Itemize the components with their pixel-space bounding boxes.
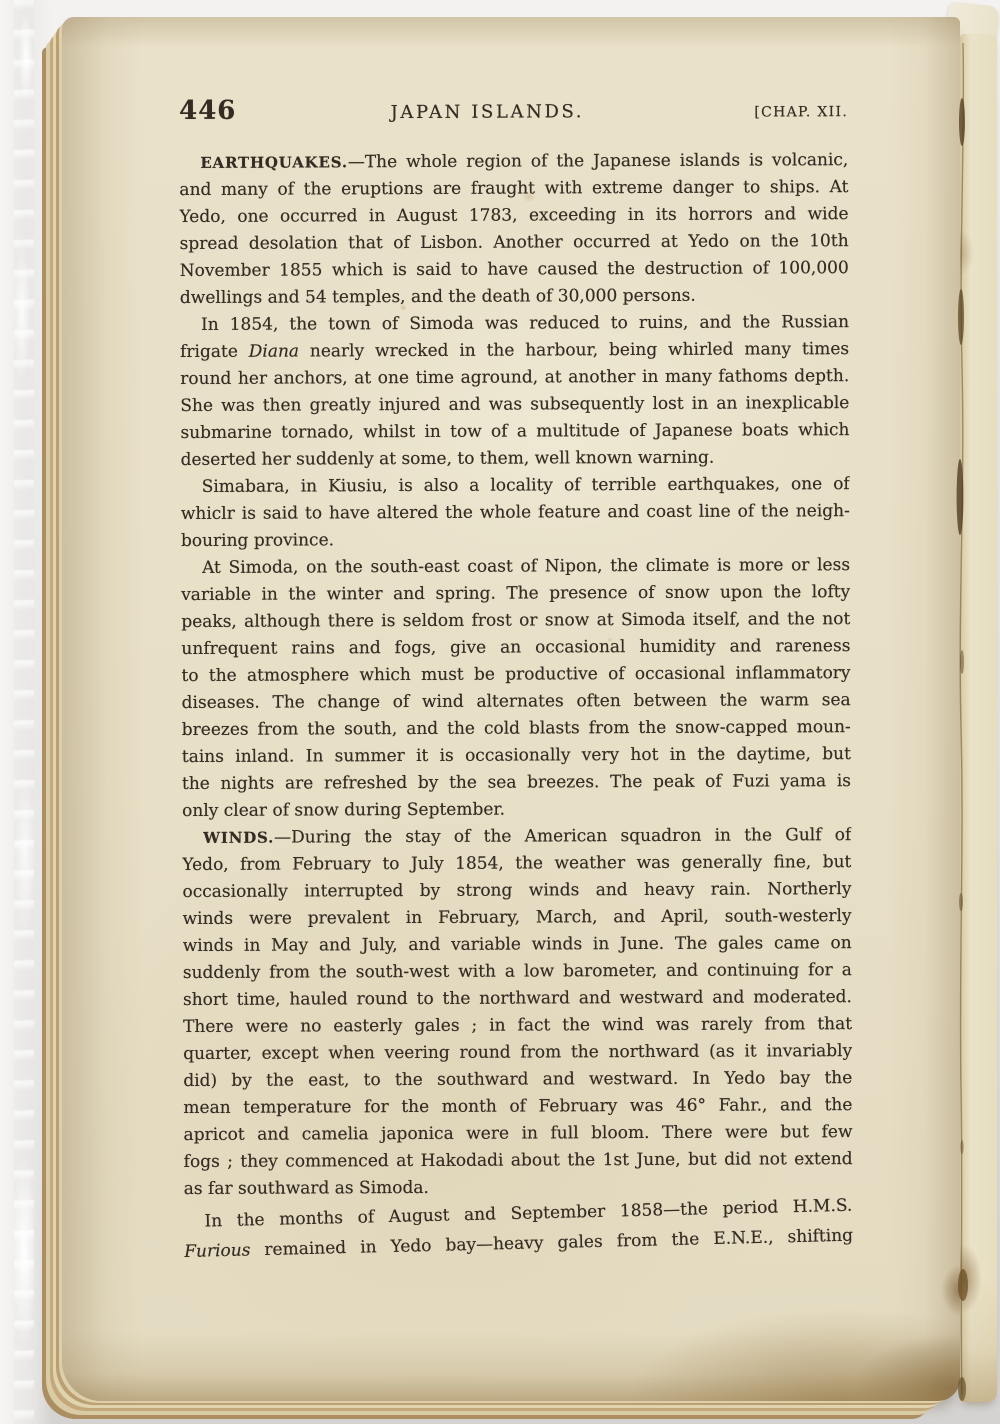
text-line: to the atmosphere which must be producti… xyxy=(181,660,850,690)
text-line: occasionally interrupted by strong winds… xyxy=(182,876,851,906)
text-segment: At Simoda, on the south-east coast of Ni… xyxy=(202,555,850,578)
page-tear-crack xyxy=(942,17,982,1407)
paragraph-winds: WINDS.—During the stay of the American s… xyxy=(182,822,853,1203)
text-segment: She was then greatly injured and was sub… xyxy=(180,393,849,416)
text-line: November 1855 which is said to have caus… xyxy=(180,255,849,285)
text-line: bouring province. xyxy=(181,525,850,555)
page-number: 446 xyxy=(179,96,236,126)
text-line: whiclr is said to have altered the whole… xyxy=(181,498,850,528)
text-segment: Simabara, in Kiusiu, is also a locality … xyxy=(202,474,850,497)
text-segment: variable in the winter and spring. The p… xyxy=(181,582,850,605)
text-line: winds were prevalent in February, March,… xyxy=(183,903,852,933)
text-line: spread desolation that of Lisbon. Anothe… xyxy=(180,228,849,258)
text-segment: the nights are refreshed by the sea bree… xyxy=(182,771,851,794)
text-segment: as far southward as Simoda. xyxy=(184,1178,429,1199)
text-segment: November 1855 which is said to have caus… xyxy=(180,258,849,281)
text-segment: short time, hauled round to the northwar… xyxy=(183,987,852,1010)
text-segment: round her anchors, at one time aground, … xyxy=(180,366,849,389)
text-line: suddenly from the south-west with a low … xyxy=(183,957,852,987)
text-segment: spread desolation that of Lisbon. Anothe… xyxy=(180,231,849,254)
text-line: deserted her suddenly at some, to them, … xyxy=(181,444,850,474)
paragraph-simabara: Simabara, in Kiusiu, is also a locality … xyxy=(181,471,850,555)
chapter-ref: [CHAP. XII. xyxy=(754,97,848,127)
text-segment: —During the stay of the American squadro… xyxy=(274,825,851,848)
text-segment: winds in May and July, and variable wind… xyxy=(183,933,852,956)
text-segment: —The whole region of the Japanese island… xyxy=(348,150,849,172)
paragraph-climate: At Simoda, on the south-east coast of Ni… xyxy=(181,552,851,825)
text-line: WINDS.—During the stay of the American s… xyxy=(182,822,851,852)
text-segment: Diana xyxy=(249,341,299,361)
text-line: dwellings and 54 temples, and the death … xyxy=(180,282,849,312)
text-line: mean temperature for the month of Februa… xyxy=(183,1092,852,1122)
text-line: unfrequent rains and fogs, give an occas… xyxy=(181,633,850,663)
text-line: short time, hauled round to the northwar… xyxy=(183,984,852,1014)
text-segment: apricot and camelia japonica were in ful… xyxy=(183,1122,852,1145)
text-segment: occasionally interrupted by strong winds… xyxy=(182,879,851,902)
text-line: breezes from the south, and the cold bla… xyxy=(182,714,851,744)
sleeve-glint-highlight xyxy=(14,0,34,1424)
text-line: only clear of snow during September. xyxy=(182,795,851,825)
text-segment: deserted her suddenly at some, to them, … xyxy=(181,448,715,470)
text-line: She was then greatly injured and was sub… xyxy=(180,390,849,420)
text-segment: to the atmosphere which must be producti… xyxy=(181,663,850,686)
running-header: 446 JAPAN ISLANDS. [CHAP. XII. xyxy=(179,93,848,126)
text-line: did) by the east, to the southward and w… xyxy=(183,1065,852,1095)
text-segment: bouring province. xyxy=(181,530,334,551)
text-segment: breezes from the south, and the cold bla… xyxy=(182,717,851,740)
text-line: frigate Diana nearly wrecked in the harb… xyxy=(180,336,849,366)
text-line: and many of the eruptions are fraught wi… xyxy=(179,174,848,204)
text-body: EARTHQUAKES.—The whole region of the Jap… xyxy=(179,147,853,1267)
book-page: 446 JAPAN ISLANDS. [CHAP. XII. EARTHQUAK… xyxy=(62,17,960,1401)
text-segment: Furious xyxy=(184,1240,251,1262)
text-segment: nearly wrecked in the harbour, being whi… xyxy=(299,339,849,361)
text-line: diseases. The change of wind alternates … xyxy=(182,687,851,717)
text-segment: Yedo, one occurred in August 1783, excee… xyxy=(179,204,848,227)
text-segment: peaks, although there is seldom frost or… xyxy=(181,609,850,632)
text-segment: tains inland. In summer it is occasional… xyxy=(182,744,851,767)
text-segment: dwellings and 54 temples, and the death … xyxy=(180,286,696,308)
printed-text: 446 JAPAN ISLANDS. [CHAP. XII. EARTHQUAK… xyxy=(179,93,853,1267)
text-line: Yedo, from February to July 1854, the we… xyxy=(182,849,851,879)
text-line: quarter, except when veering round from … xyxy=(183,1038,852,1068)
text-line: At Simoda, on the south-east coast of Ni… xyxy=(181,552,850,582)
section-heading: EARTHQUAKES. xyxy=(200,153,348,172)
text-segment: whiclr is said to have altered the whole… xyxy=(181,501,850,524)
text-segment: fogs ; they commenced at Hakodadi about … xyxy=(184,1149,853,1172)
text-line: EARTHQUAKES.—The whole region of the Jap… xyxy=(179,147,848,177)
text-segment: winds were prevalent in February, March,… xyxy=(183,906,852,929)
section-heading: WINDS. xyxy=(203,829,274,847)
text-line: peaks, although there is seldom frost or… xyxy=(181,606,850,636)
text-line: Simabara, in Kiusiu, is also a locality … xyxy=(181,471,850,501)
text-segment: submarine tornado, whilst in tow of a mu… xyxy=(180,420,849,443)
text-line: round her anchors, at one time aground, … xyxy=(180,363,849,393)
text-segment: quarter, except when veering round from … xyxy=(183,1041,852,1064)
paragraph-earthquakes: EARTHQUAKES.—The whole region of the Jap… xyxy=(179,147,849,312)
paragraph-simoda-1854: In 1854, the town of Simoda was reduced … xyxy=(180,309,850,474)
text-segment: only clear of snow during September. xyxy=(182,800,505,821)
text-line: tains inland. In summer it is occasional… xyxy=(182,741,851,771)
text-line: Yedo, one occurred in August 1783, excee… xyxy=(179,201,848,231)
text-line: submarine tornado, whilst in tow of a mu… xyxy=(180,417,849,447)
text-line: the nights are refreshed by the sea bree… xyxy=(182,768,851,798)
text-segment: and many of the eruptions are fraught wi… xyxy=(179,177,848,200)
text-segment: In 1854, the town of Simoda was reduced … xyxy=(201,312,849,335)
text-segment: suddenly from the south-west with a low … xyxy=(183,960,852,983)
text-segment: mean temperature for the month of Februa… xyxy=(183,1095,852,1118)
text-line: apricot and camelia japonica were in ful… xyxy=(183,1119,852,1149)
text-segment: Yedo, from February to July 1854, the we… xyxy=(182,852,851,875)
text-segment: frigate xyxy=(180,342,249,362)
text-line: variable in the winter and spring. The p… xyxy=(181,579,850,609)
text-line: fogs ; they commenced at Hakodadi about … xyxy=(184,1146,853,1176)
text-line: In 1854, the town of Simoda was reduced … xyxy=(180,309,849,339)
scanned-book-photo: 446 JAPAN ISLANDS. [CHAP. XII. EARTHQUAK… xyxy=(0,0,1000,1424)
text-segment: did) by the east, to the southward and w… xyxy=(183,1068,852,1091)
text-segment: diseases. The change of wind alternates … xyxy=(182,690,851,713)
text-line: winds in May and July, and variable wind… xyxy=(183,930,852,960)
text-line: There were no easterly gales ; in fact t… xyxy=(183,1011,852,1041)
running-title: JAPAN ISLANDS. xyxy=(390,97,584,128)
text-segment: There were no easterly gales ; in fact t… xyxy=(183,1014,852,1037)
text-segment: unfrequent rains and fogs, give an occas… xyxy=(181,636,850,659)
